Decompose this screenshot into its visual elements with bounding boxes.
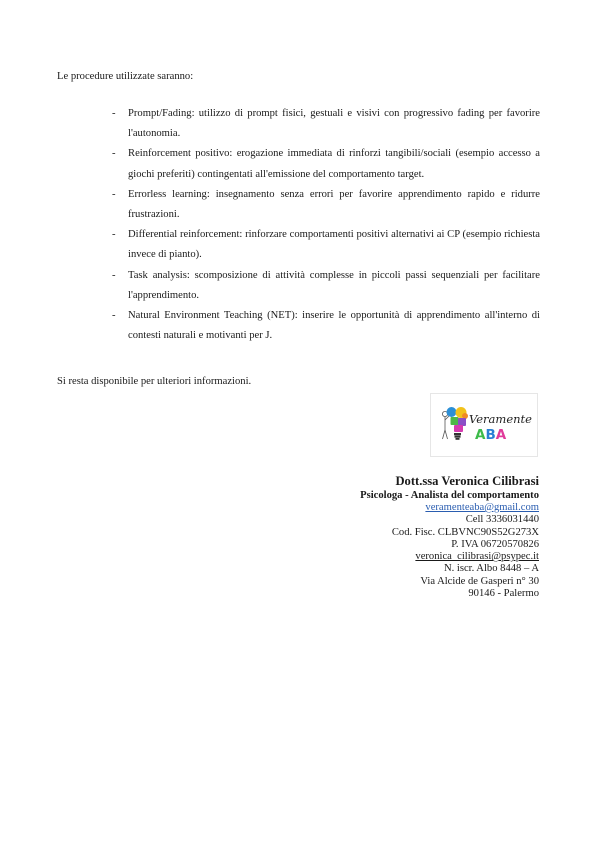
bullet-dash: - [112,266,116,286]
procedure-errorless: Errorless learning: insegnamento senza e… [128,189,540,220]
veramente-aba-logo: Veramente ABA [430,393,538,457]
intro-text: Le procedure utilizzate saranno: [57,70,193,84]
pec-email-link[interactable]: veronica_cilibrasi@psypec.it [415,551,539,562]
bullet-dash: - [112,104,116,124]
bullet-dash: - [112,185,116,205]
list-item: - Task analysis: scomposizione di attivi… [112,266,540,306]
list-item: - Reinforcement positivo: erogazione imm… [112,144,540,184]
signature-block: Dott.ssa Veronica Cilibrasi Psicologa - … [360,474,539,600]
procedures-list: - Prompt/Fading: utilizzo di prompt fisi… [112,104,540,346]
list-item: - Natural Environment Teaching (NET): in… [112,306,540,346]
signer-role: Psicologa - Analista del comportamento [360,489,539,502]
svg-text:Veramente: Veramente [469,412,532,426]
procedure-differential: Differential reinforcement: rinforzare c… [128,229,540,260]
address-street: Via Alcide de Gasperi n° 30 [360,576,539,588]
bullet-dash: - [112,225,116,245]
procedure-reinforcement: Reinforcement positivo: erogazione immed… [128,148,540,179]
albo-registration: N. iscr. Albo 8448 – A [360,563,539,575]
procedure-prompt-fading: Prompt/Fading: utilizzo di prompt fisici… [128,108,540,139]
lightbulb-puzzle-icon: Veramente ABA [431,394,539,458]
svg-text:ABA: ABA [475,427,507,443]
email-link[interactable]: veramenteaba@gmail.com [425,502,539,513]
signer-name: Dott.ssa Veronica Cilibrasi [360,474,539,489]
procedure-net: Natural Environment Teaching (NET): inse… [128,310,540,341]
procedure-task-analysis: Task analysis: scomposizione di attività… [128,270,540,301]
bullet-dash: - [112,144,116,164]
list-item: - Prompt/Fading: utilizzo di prompt fisi… [112,104,540,144]
bullet-dash: - [112,306,116,326]
list-item: - Errorless learning: insegnamento senza… [112,185,540,225]
address-city: 90146 - Palermo [360,588,539,600]
vat-number: P. IVA 06720570826 [360,539,539,551]
closing-text: Si resta disponibile per ulteriori infor… [57,375,251,389]
cell-number: Cell 3336031440 [360,514,539,526]
list-item: - Differential reinforcement: rinforzare… [112,225,540,265]
fiscal-code: Cod. Fisc. CLBVNC90S52G273X [360,527,539,539]
